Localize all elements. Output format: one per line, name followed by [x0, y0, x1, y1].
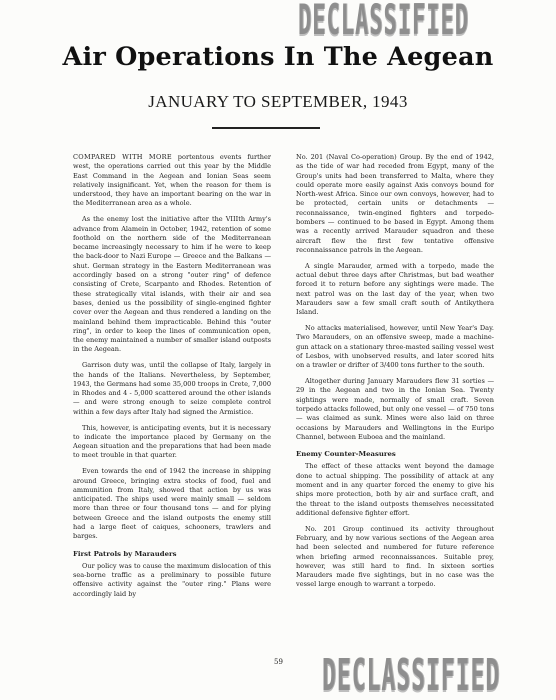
page-title: Air Operations In The Aegean — [0, 42, 556, 72]
left-column: COMPARED WITH MORE portentous events fur… — [73, 153, 271, 606]
declassified-stamp-bottom: DECLASSIFIED — [322, 652, 500, 700]
paragraph: A single Marauder, armed with a torpedo,… — [296, 262, 494, 318]
paragraph: Even towards the end of 1942 the increas… — [73, 467, 271, 541]
section-heading: First Patrols by Marauders — [73, 550, 271, 559]
paragraph: This, however, is anticipating events, b… — [73, 424, 271, 461]
page-number: 59 — [274, 658, 283, 666]
paragraph: No. 201 (Naval Co-operation) Group. By t… — [296, 153, 494, 255]
paragraph: Altogether during January Marauders flew… — [296, 377, 494, 442]
title-divider — [212, 127, 320, 129]
lead-in: COMPARED WITH MORE — [73, 153, 172, 161]
section-heading: Enemy Counter-Measures — [296, 450, 494, 459]
page-subtitle: JANUARY TO SEPTEMBER, 1943 — [0, 92, 556, 112]
paragraph: No. 201 Group continued its activity thr… — [296, 525, 494, 590]
document-page: DECLASSIFIED Air Operations In The Aegea… — [0, 0, 556, 700]
paragraph: No attacks materialised, however, until … — [296, 324, 494, 370]
paragraph: Our policy was to cause the maximum disl… — [73, 562, 271, 599]
paragraph: COMPARED WITH MORE portentous events fur… — [73, 153, 271, 209]
paragraph: As the enemy lost the initiative after t… — [73, 215, 271, 354]
paragraph: Garrison duty was, until the collapse of… — [73, 361, 271, 417]
declassified-stamp-top: DECLASSIFIED — [298, 0, 469, 46]
paragraph: The effect of these attacks went beyond … — [296, 462, 494, 518]
right-column: No. 201 (Naval Co-operation) Group. By t… — [296, 153, 494, 596]
